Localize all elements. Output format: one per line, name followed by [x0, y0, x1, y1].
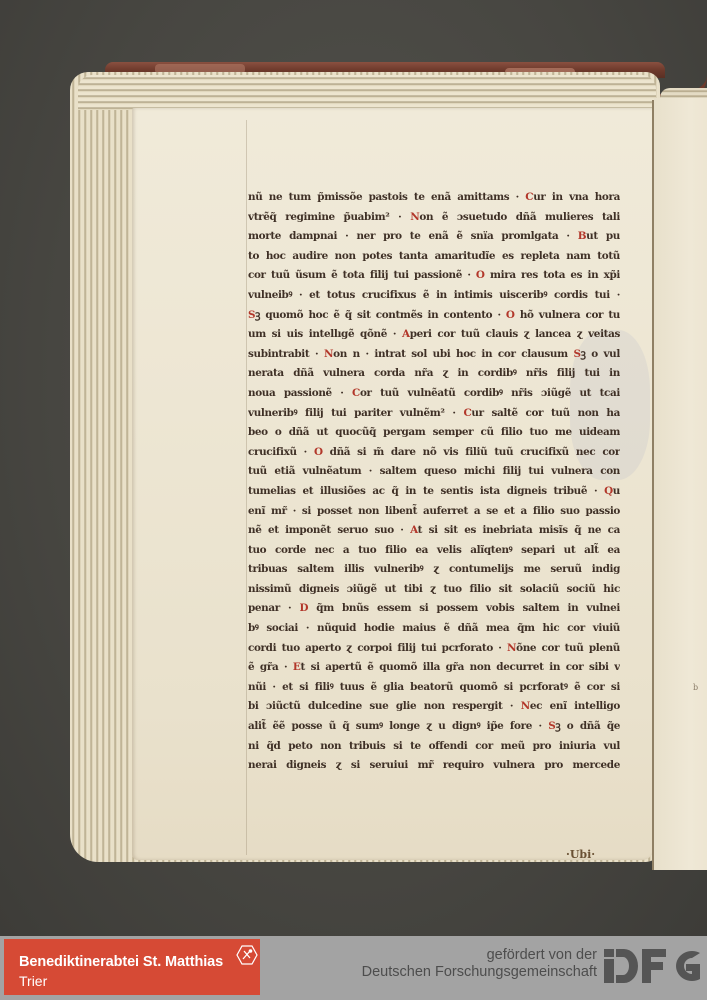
- institution-name: Benediktinerabtei St. Matthias: [19, 954, 223, 970]
- line-text: tuo corde nec a tuo filio ea velis alĩqt…: [248, 544, 620, 556]
- line-text: on n · intrat sol ubi hoc in cor clausum: [333, 348, 573, 360]
- line-text: peri cor tuũ clauis ɀ lancea ɀ veitas: [410, 328, 620, 340]
- rubricated-initial: C: [525, 191, 533, 203]
- line-text: on ẽ ɔsuetudo dñã mulieres tali: [419, 211, 620, 223]
- manuscript-line: noua passionẽ · Cor tuũ vulnẽatũ cordibꝰ…: [248, 384, 620, 404]
- abbey-crest-icon: [236, 945, 258, 965]
- manuscript-viewer[interactable]: nũ ne tum p̃missõe pastois te enã amitta…: [0, 0, 707, 936]
- manuscript-line: Sꝫ quomõ hoc ẽ q̃ sit contmẽs in content…: [248, 306, 620, 326]
- manuscript-line: crucifixũ · O dñã si m̃ dare nõ vis fili…: [248, 443, 620, 463]
- manuscript-line: enĩ mr̃ · si posset non libent̃ auferret…: [248, 502, 620, 522]
- page-edges-top: [78, 75, 656, 110]
- manuscript-line: tribuas saltem illis vulneribꝰ ɀ contume…: [248, 560, 620, 580]
- institution-city: Trier: [19, 973, 47, 989]
- line-text: ec enĩ intelligo: [530, 700, 620, 712]
- manuscript-line: nũ ne tum p̃missõe pastois te enã amitta…: [248, 188, 620, 208]
- line-text: bi ɔiũctũ dulcedine sue glie non resperg…: [248, 700, 521, 712]
- manuscript-line: vulneribꝰ filij tui pariter vulnẽm² · Cu…: [248, 404, 620, 424]
- catchword: ·Ubi·: [566, 848, 595, 861]
- funding-line-2: Deutschen Forschungsgemeinschaft: [362, 964, 597, 981]
- line-text: t si apertũ ẽ quomõ illa gr̃a non decurr…: [300, 661, 620, 673]
- manuscript-line: ni q̃d peto non tribuis si te offendi co…: [248, 737, 620, 757]
- line-text: ur saltẽ cor tuũ non ha: [471, 407, 620, 419]
- line-text: alit̃ ẽẽ posse ũ q̃ sumꝰ longe ɀ u dignꝰ…: [248, 720, 548, 732]
- rubricated-initial: D: [299, 602, 308, 614]
- gutter: [652, 100, 654, 870]
- line-text: penar ·: [248, 602, 299, 614]
- rubricated-initial: S: [573, 348, 580, 360]
- rubricated-initial: N: [507, 642, 516, 654]
- rubricated-initial: A: [410, 524, 418, 536]
- margin-ruling-line: [246, 120, 247, 855]
- line-text: q̃m bnũs essem si possem vobis saltem in…: [308, 602, 620, 614]
- line-text: õne cor tuũ plenũ: [516, 642, 620, 654]
- line-text: crucifixũ ·: [248, 446, 314, 458]
- manuscript-line: nũi · et si filiꝰ tuus ẽ glia beatorũ qu…: [248, 678, 620, 698]
- line-text: ẽ gr̃a ·: [248, 661, 293, 673]
- manuscript-line: alit̃ ẽẽ posse ũ q̃ sumꝰ longe ɀ u dignꝰ…: [248, 717, 620, 737]
- manuscript-line: tumelias et illusiões ac q̃ in te sentis…: [248, 482, 620, 502]
- funding-line-1: gefördert von der: [362, 947, 597, 964]
- line-text: dñã si m̃ dare nõ vis filiũ tuũ crucifix…: [323, 446, 620, 458]
- line-text: enĩ mr̃ · si posset non libent̃ auferret…: [248, 505, 620, 517]
- manuscript-line: tuo corde nec a tuo filio ea velis alĩqt…: [248, 541, 620, 561]
- footer-banner: Benediktinerabtei St. Matthias Trier gef…: [0, 936, 707, 1000]
- line-text: nũi · et si filiꝰ tuus ẽ glia beatorũ qu…: [248, 681, 620, 693]
- line-text: tribuas saltem illis vulneribꝰ ɀ contume…: [248, 563, 620, 575]
- manuscript-line: nerai digneis ɀ si seruiui mr̃ requiro v…: [248, 756, 620, 776]
- manuscript-line: beo o dñã ut quocũq̃ pergam semper cũ fi…: [248, 423, 620, 443]
- rubricated-initial: N: [410, 211, 419, 223]
- rubricated-initial: O: [314, 446, 323, 458]
- funding-notice: gefördert von der Deutschen Forschungsge…: [362, 947, 597, 981]
- rubricated-initial: O: [476, 269, 485, 281]
- line-text: bꝰ sociai · nũquid hodie maius ẽ dñã mea…: [248, 622, 620, 634]
- line-text: u: [613, 485, 620, 497]
- line-text: ur in vna hora: [533, 191, 620, 203]
- manuscript-line: bꝰ sociai · nũquid hodie maius ẽ dñã mea…: [248, 619, 620, 639]
- line-text: t si sit es inebriata misĩs q̃ ne ca: [418, 524, 620, 536]
- line-text: or tuũ vulnẽatũ cordibꝰ nr̃is ɔiũgẽ ut t…: [360, 387, 620, 399]
- line-text: ꝫ quomõ hoc ẽ q̃ sit contmẽs in contento…: [255, 309, 506, 321]
- manuscript-line: um si uis intellıgẽ qõnẽ · Aperi cor tuũ…: [248, 325, 620, 345]
- line-text: mira res tota es in xp̃i: [485, 269, 620, 281]
- manuscript-line: penar · D q̃m bnũs essem si possem vobis…: [248, 599, 620, 619]
- line-text: cor tuũ ũsum ẽ tota filij tui passionẽ ·: [248, 269, 476, 281]
- line-text: nerai digneis ɀ si seruiui mr̃ requiro v…: [248, 759, 620, 771]
- line-text: ꝫ o dñã q̃e: [555, 720, 620, 732]
- manuscript-line: subintrabit · Non n · intrat sol ubi hoc…: [248, 345, 620, 365]
- rubricated-initial: B: [578, 230, 586, 242]
- dfg-logo-icon[interactable]: [604, 949, 700, 983]
- rubricated-initial: Q: [604, 485, 613, 497]
- rubricated-initial: N: [324, 348, 333, 360]
- line-text: vulneribꝰ filij tui pariter vulnẽm² ·: [248, 407, 463, 419]
- line-text: ꝫ o vul: [581, 348, 620, 360]
- manuscript-line: ẽ gr̃a · Et si apertũ ẽ quomõ illa gr̃a …: [248, 658, 620, 678]
- institution-badge[interactable]: Benediktinerabtei St. Matthias Trier: [4, 939, 260, 995]
- line-text: morte dampnai · ner pro te enã ẽ snïa pr…: [248, 230, 578, 242]
- manuscript-line: to hoc audire non potes tanta amaritudĩe…: [248, 247, 620, 267]
- manuscript-line: morte dampnai · ner pro te enã ẽ snïa pr…: [248, 227, 620, 247]
- manuscript-line: bi ɔiũctũ dulcedine sue glie non resperg…: [248, 697, 620, 717]
- line-text: beo o dñã ut quocũq̃ pergam semper cũ fi…: [248, 426, 620, 438]
- line-text: noua passionẽ ·: [248, 387, 352, 399]
- manuscript-line: tuũ etiã vulnẽatum · saltem queso michi …: [248, 462, 620, 482]
- manuscript-line: nissimũ digneis ɔiũgẽ ut tibi ɀ tuo fili…: [248, 580, 620, 600]
- line-text: subintrabit ·: [248, 348, 324, 360]
- line-text: ut pu: [586, 230, 620, 242]
- rubricated-initial: C: [352, 387, 360, 399]
- line-text: hõ vulnera cor tu: [515, 309, 620, 321]
- line-text: nũ ne tum p̃missõe pastois te enã amitta…: [248, 191, 525, 203]
- line-text: tuũ etiã vulnẽatum · saltem queso michi …: [248, 465, 620, 477]
- manuscript-line: vtrẽq̃ regimine p̃uabim² · Non ẽ ɔsuetud…: [248, 208, 620, 228]
- manuscript-line: nerata dñã vulnera corda nr̃a ɀ in cordi…: [248, 364, 620, 384]
- manuscript-line: cordi tuo aperto ɀ corpoi filij tui pcrf…: [248, 639, 620, 659]
- line-text: vtrẽq̃ regimine p̃uabim² ·: [248, 211, 410, 223]
- line-text: nissimũ digneis ɔiũgẽ ut tibi ɀ tuo fili…: [248, 583, 620, 595]
- manuscript-text-block: nũ ne tum p̃missõe pastois te enã amitta…: [248, 188, 620, 776]
- line-text: nẽ et imponẽt seruo suo ·: [248, 524, 410, 536]
- rubricated-initial: O: [506, 309, 515, 321]
- manuscript-line: cor tuũ ũsum ẽ tota filij tui passionẽ ·…: [248, 266, 620, 286]
- line-text: nerata dñã vulnera corda nr̃a ɀ in cordi…: [248, 367, 620, 379]
- line-text: to hoc audire non potes tanta amaritudĩe…: [248, 250, 620, 262]
- manuscript-line: nẽ et imponẽt seruo suo · At si sit es i…: [248, 521, 620, 541]
- manuscript-page-recto-edge: [654, 98, 707, 870]
- right-page-mark: b: [693, 683, 698, 692]
- rubricated-initial: N: [521, 700, 530, 712]
- line-text: um si uis intellıgẽ qõnẽ ·: [248, 328, 402, 340]
- line-text: tumelias et illusiões ac q̃ in te sentis…: [248, 485, 604, 497]
- line-text: ni q̃d peto non tribuis si te offendi co…: [248, 740, 620, 752]
- rubricated-initial: A: [402, 328, 410, 340]
- manuscript-line: vulneibꝰ · et totus crucifixus ẽ in inti…: [248, 286, 620, 306]
- line-text: vulneibꝰ · et totus crucifixus ẽ in inti…: [248, 289, 620, 301]
- line-text: cordi tuo aperto ɀ corpoi filij tui pcrf…: [248, 642, 507, 654]
